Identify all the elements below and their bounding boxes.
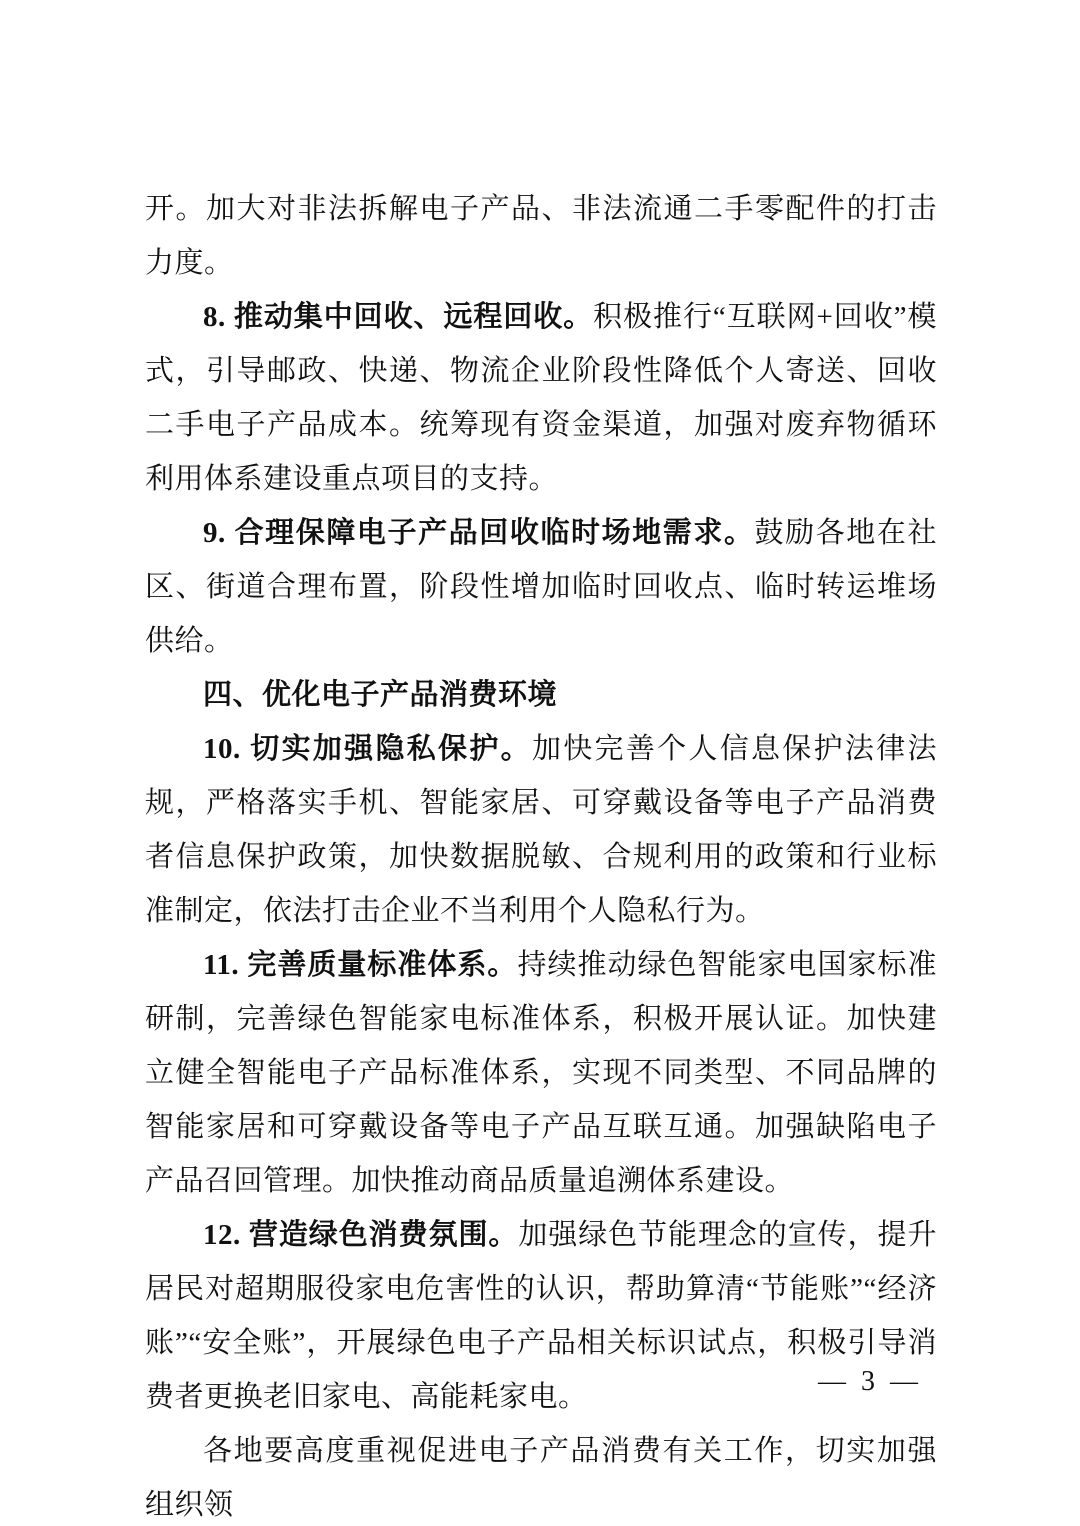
paragraph-item-9: 9. 合理保障电子产品回收临时场地需求。鼓励各地在社区、街道合理布置，阶段性增加… — [145, 506, 937, 668]
paragraph-item-11: 11. 完善质量标准体系。持续推动绿色智能家电国家标准研制，完善绿色智能家电标准… — [145, 938, 937, 1208]
document-body: 开。加大对非法拆解电子产品、非法流通二手零配件的打击力度。 8. 推动集中回收、… — [145, 182, 937, 1526]
item-8-lead: 8. 推动集中回收、远程回收。 — [203, 301, 593, 333]
paragraph-closing: 各地要高度重视促进电子产品消费有关工作，切实加强组织领 — [145, 1424, 937, 1526]
paragraph-continuation: 开。加大对非法拆解电子产品、非法流通二手零配件的打击力度。 — [145, 182, 937, 290]
item-11-lead: 11. 完善质量标准体系。 — [203, 949, 517, 981]
item-11-text: 持续推动绿色智能家电国家标准研制，完善绿色智能家电标准体系，积极开展认证。加快建… — [145, 949, 937, 1197]
item-9-lead: 9. 合理保障电子产品回收临时场地需求。 — [203, 517, 755, 549]
paragraph-item-10: 10. 切实加强隐私保护。加快完善个人信息保护法律法规，严格落实手机、智能家居、… — [145, 722, 937, 938]
closing-text: 各地要高度重视促进电子产品消费有关工作，切实加强组织领 — [145, 1435, 937, 1521]
section-heading-text: 四、优化电子产品消费环境 — [203, 679, 557, 711]
paragraph-text: 开。加大对非法拆解电子产品、非法流通二手零配件的打击力度。 — [145, 193, 937, 279]
document-page: 开。加大对非法拆解电子产品、非法流通二手零配件的打击力度。 8. 推动集中回收、… — [0, 0, 1080, 1526]
item-10-lead: 10. 切实加强隐私保护。 — [203, 733, 532, 765]
item-12-lead: 12. 营造绿色消费氛围。 — [203, 1219, 518, 1251]
page-number: — 3 — — [818, 1362, 922, 1402]
section-heading-4: 四、优化电子产品消费环境 — [145, 668, 937, 722]
paragraph-item-8: 8. 推动集中回收、远程回收。积极推行“互联网+回收”模式，引导邮政、快递、物流… — [145, 290, 937, 506]
